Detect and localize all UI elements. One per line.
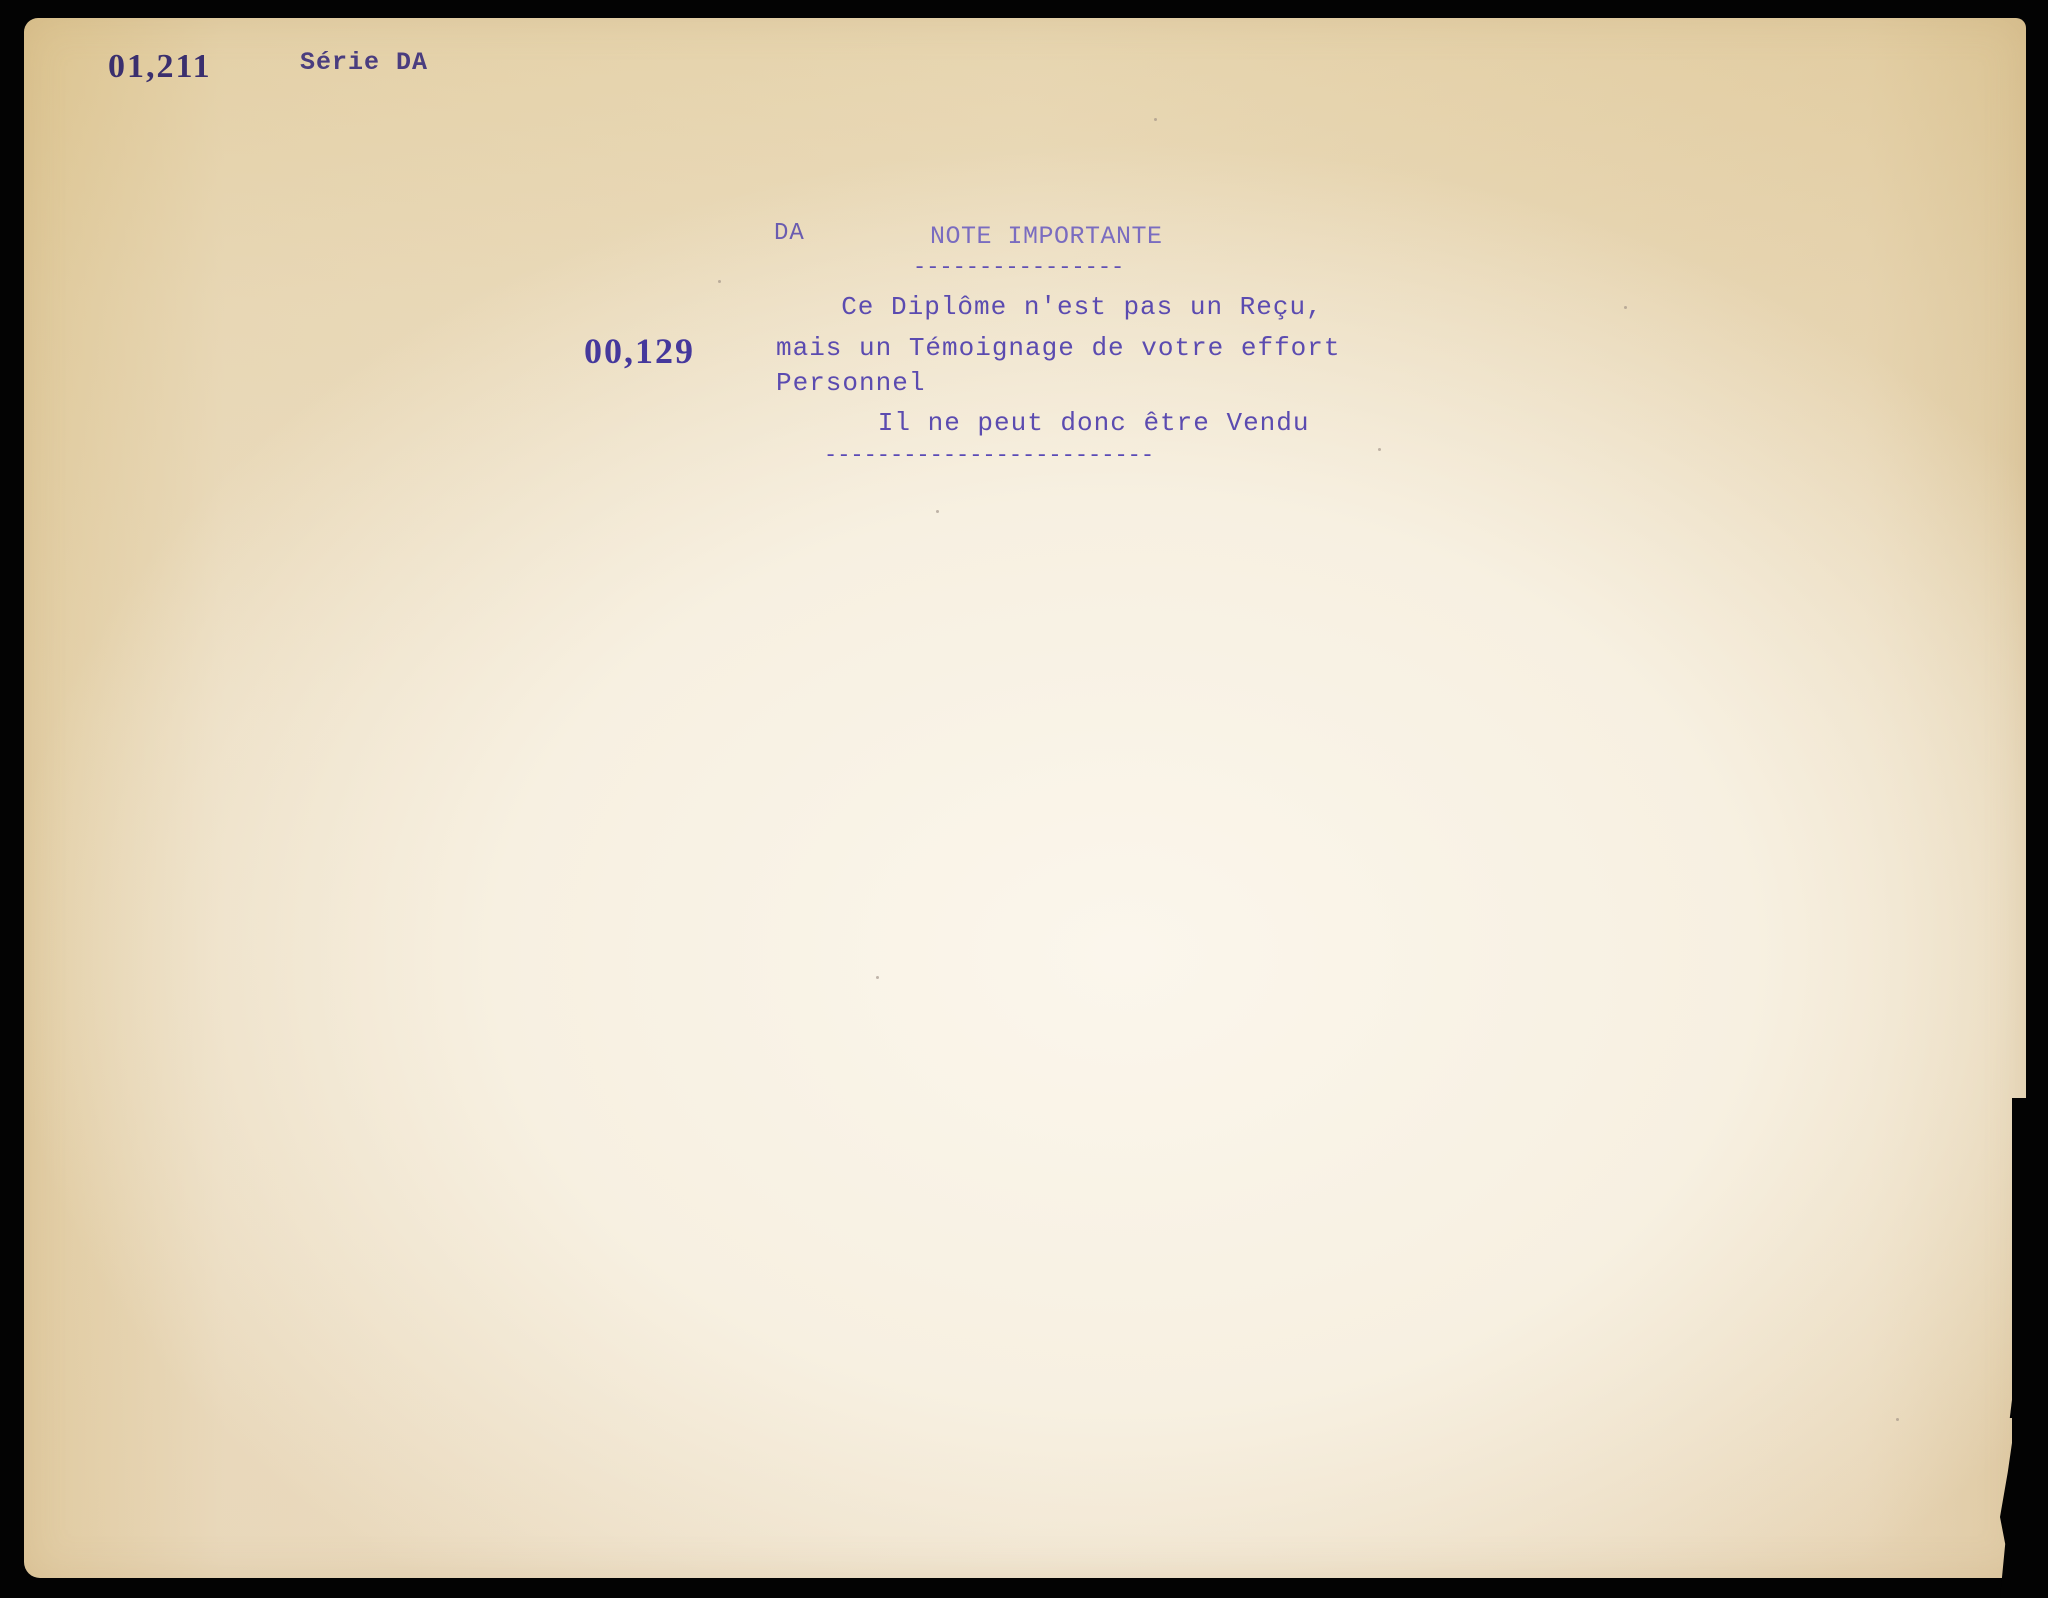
reference-number: 01,211 — [108, 48, 212, 86]
note-title: NOTE IMPORTANTE — [930, 222, 1163, 251]
paper-speck — [876, 976, 879, 979]
note-line: Personnel — [776, 368, 925, 398]
torn-edge — [2008, 1358, 2026, 1418]
title-underline: ---------------- — [913, 255, 1124, 280]
paper-speck — [1154, 118, 1157, 121]
paper-speck — [936, 510, 939, 513]
torn-edge — [2000, 1418, 2026, 1598]
closing-rule: ------------------------- — [824, 443, 1154, 468]
paper-sheet — [24, 18, 2026, 1578]
paper-speck — [1378, 448, 1381, 451]
note-series-code: DA — [774, 220, 805, 247]
paper-speck — [1896, 1418, 1899, 1421]
note-line: mais un Témoignage de votre effort — [776, 333, 1341, 363]
note-line: Ce Diplôme n'est pas un Reçu, — [808, 292, 1323, 322]
series-label: Série DA — [300, 48, 428, 77]
scan-frame: 01,211 Série DA 00,129 DA NOTE IMPORTANT… — [0, 0, 2048, 1598]
stamped-number: 00,129 — [584, 330, 695, 372]
paper-speck — [1624, 306, 1627, 309]
paper-speck — [718, 280, 721, 283]
note-line: Il ne peut donc être Vendu — [828, 408, 1309, 438]
